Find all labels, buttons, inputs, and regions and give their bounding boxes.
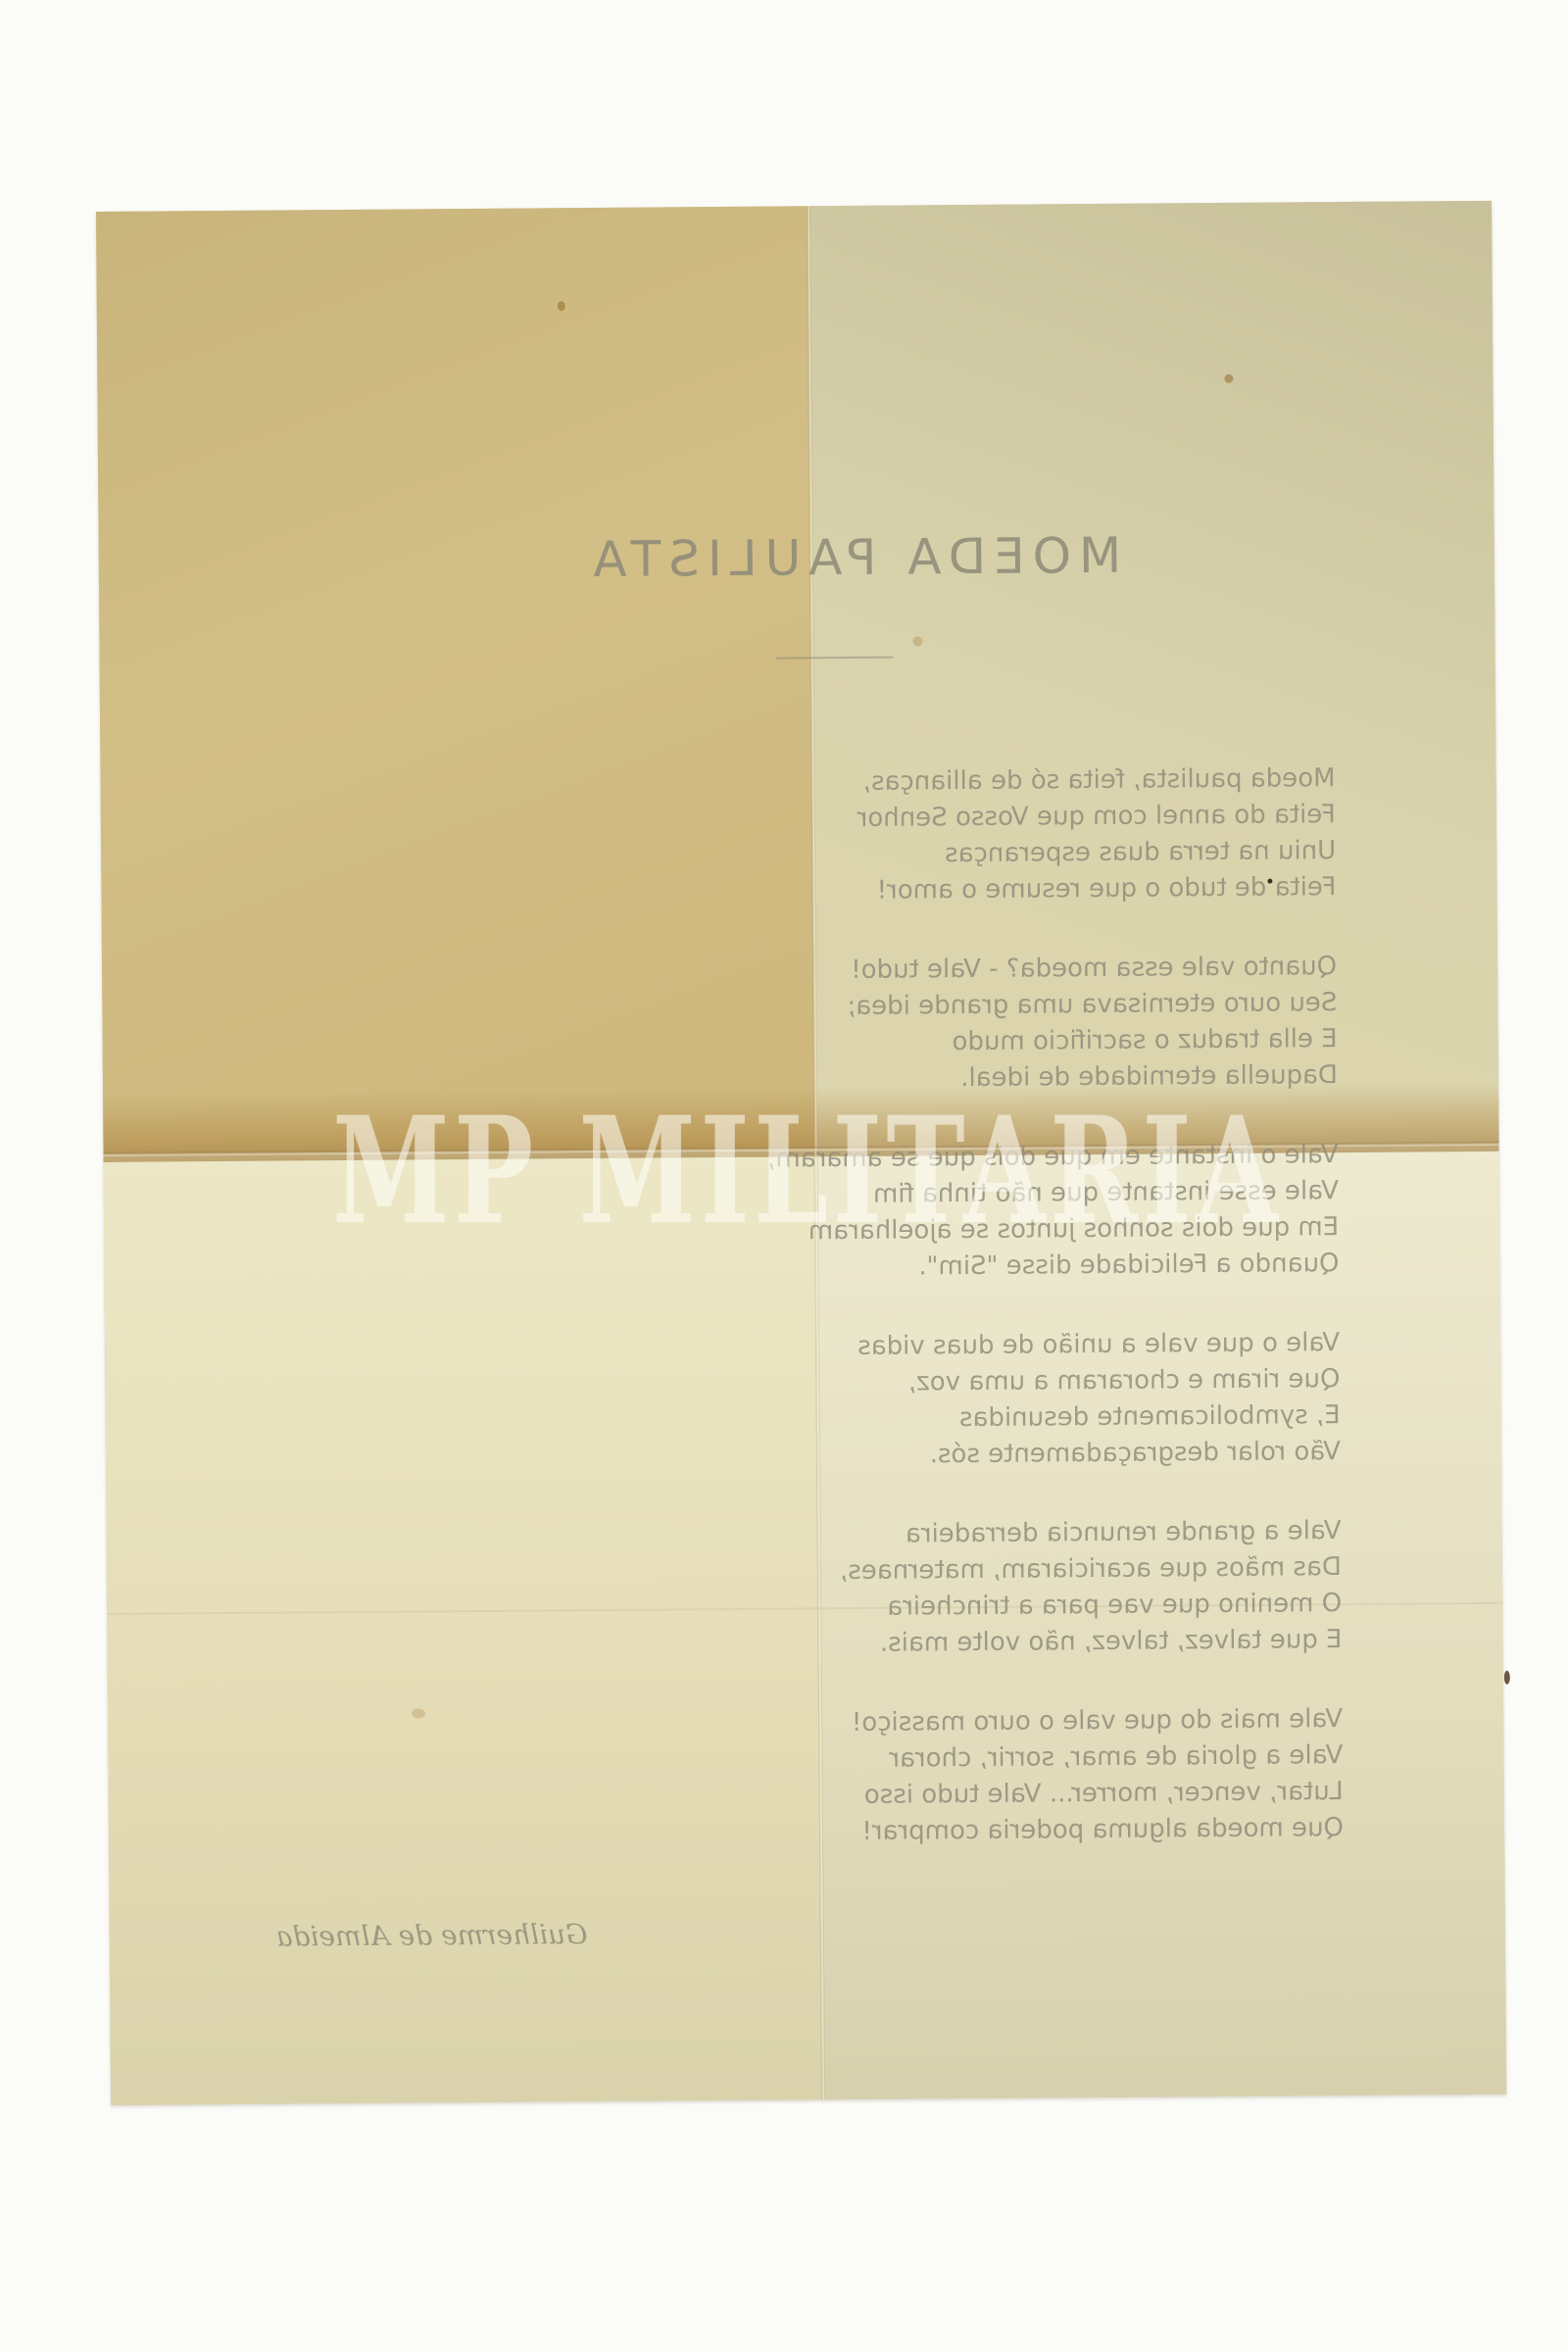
stanza-1: Moeda paulista, feita só de allianças, F… xyxy=(433,760,1336,912)
poem-body: Moeda paulista, feita só de allianças, F… xyxy=(433,760,1344,1896)
poem-line: E que talvez, talvez, não volte mais. xyxy=(440,1622,1342,1665)
foxing-spot xyxy=(558,301,565,311)
poem-line: Que moeda alguma poderia comprar! xyxy=(442,1810,1344,1853)
foxing-spot xyxy=(1224,374,1233,383)
stanza-5: Vale a grande renuncia derradeira Das mã… xyxy=(439,1513,1342,1665)
stanza-4: Vale o que vale a união de duas vidas Qu… xyxy=(438,1325,1341,1477)
watermark: MP MILITARIA xyxy=(332,1102,1236,1240)
poem-title: MOEDA PAULISTA xyxy=(452,526,1255,589)
poem-line: Vão rolar desgraçadamente sós. xyxy=(439,1434,1341,1477)
stanza-2: Quanto vale essa moeda? - Vale tudo! Seu… xyxy=(435,949,1338,1101)
title-ornament xyxy=(775,637,893,660)
stanza-6: Vale mais do que vale o ouro massiço! Va… xyxy=(441,1701,1344,1853)
author-signature: Guilherme de Almeida xyxy=(276,1916,825,1952)
foxing-spot xyxy=(412,1708,425,1718)
ink-dot xyxy=(1504,1671,1510,1685)
poem-line: Feita de tudo o que resume o amor! xyxy=(434,869,1336,912)
foxing-spot xyxy=(912,636,922,646)
